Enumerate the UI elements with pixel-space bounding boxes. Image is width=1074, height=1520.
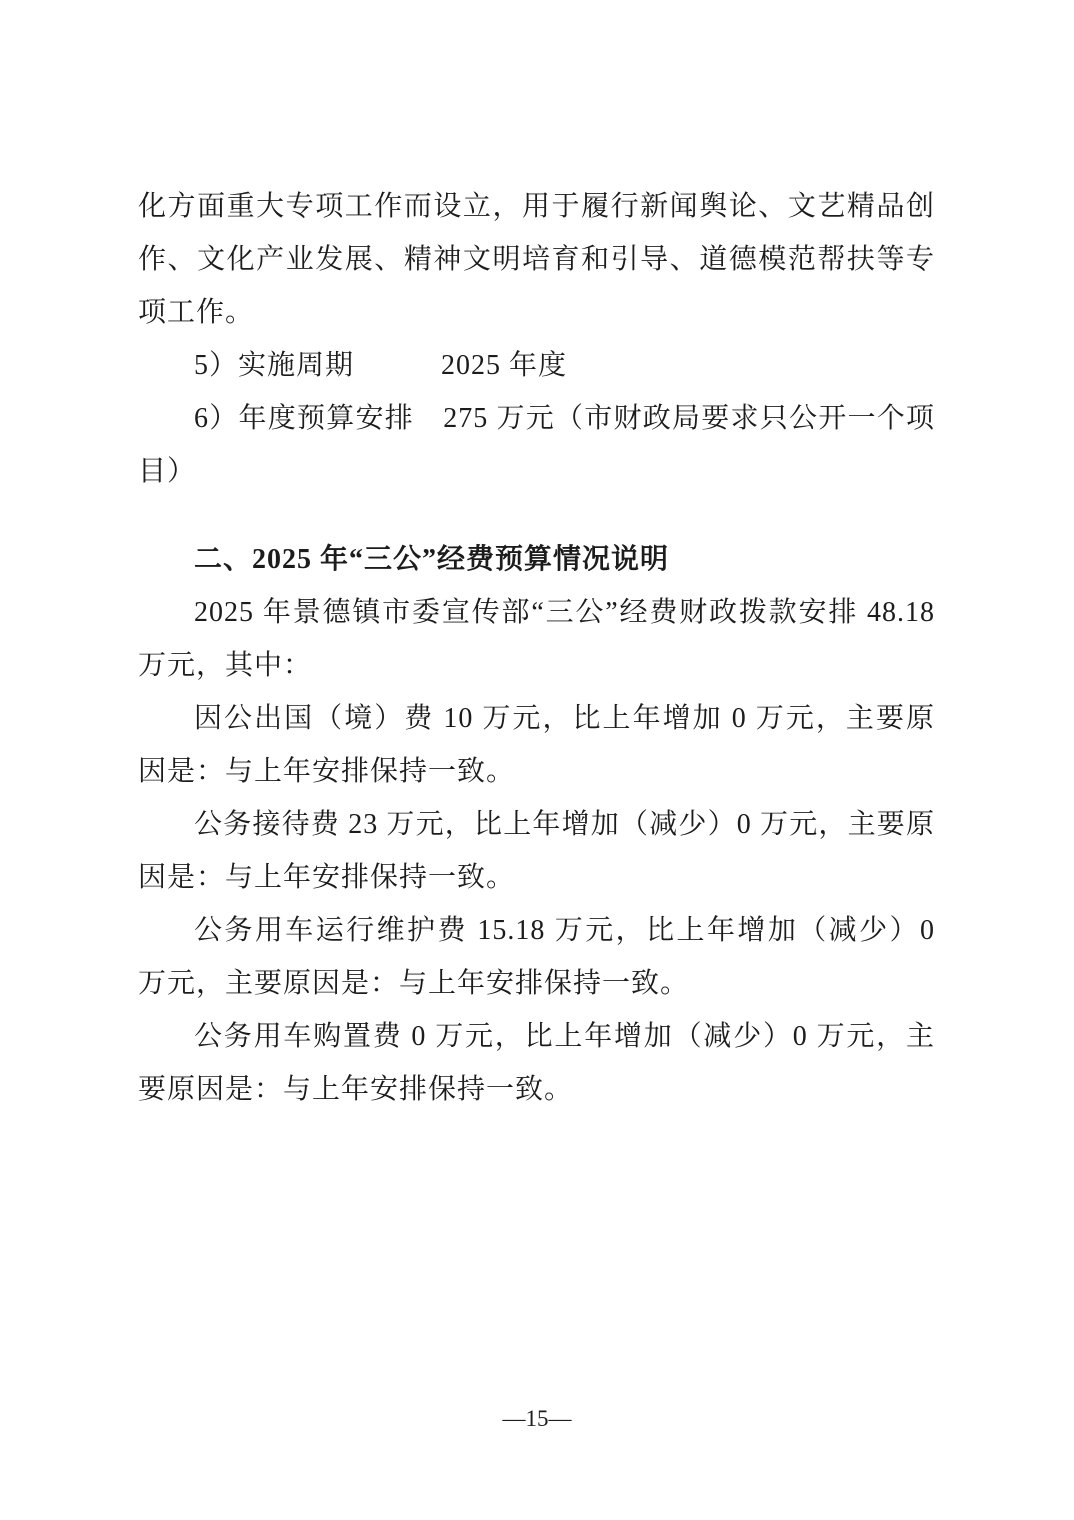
body-paragraph-total-funds: 2025 年景德镇市委宣传部“三公”经费财政拨款安排 48.18 万元，其中： xyxy=(138,586,935,692)
body-paragraph-overseas-trips: 因公出国（境）费 10 万元，比上年增加 0 万元，主要原因是：与上年安排保持一… xyxy=(138,692,935,798)
text-block: 化方面重大专项工作而设立，用于履行新闻舆论、文艺精品创作、文化产业发展、精神文明… xyxy=(138,180,935,1116)
document-page: 化方面重大专项工作而设立，用于履行新闻舆论、文艺精品创作、文化产业发展、精神文明… xyxy=(0,0,1074,1520)
list-item-annual-budget: 6）年度预算安排 275 万元（市财政局要求只公开一个项目） xyxy=(138,392,935,498)
body-paragraph-official-reception: 公务接待费 23 万元，比上年增加（减少）0 万元，主要原因是：与上年安排保持一… xyxy=(138,798,935,904)
body-paragraph-vehicle-maintenance: 公务用车运行维护费 15.18 万元，比上年增加（减少）0 万元，主要原因是：与… xyxy=(138,904,935,1010)
body-paragraph-vehicle-purchase: 公务用车购置费 0 万元，比上年增加（减少）0 万元，主要原因是：与上年安排保持… xyxy=(138,1010,935,1116)
section-heading: 二、2025 年“三公”经费预算情况说明 xyxy=(138,533,935,586)
list-item-implementation-period: 5）实施周期 2025 年度 xyxy=(138,339,935,392)
page-number: —15— xyxy=(0,1404,1074,1434)
body-paragraph-continuation: 化方面重大专项工作而设立，用于履行新闻舆论、文艺精品创作、文化产业发展、精神文明… xyxy=(138,180,935,339)
